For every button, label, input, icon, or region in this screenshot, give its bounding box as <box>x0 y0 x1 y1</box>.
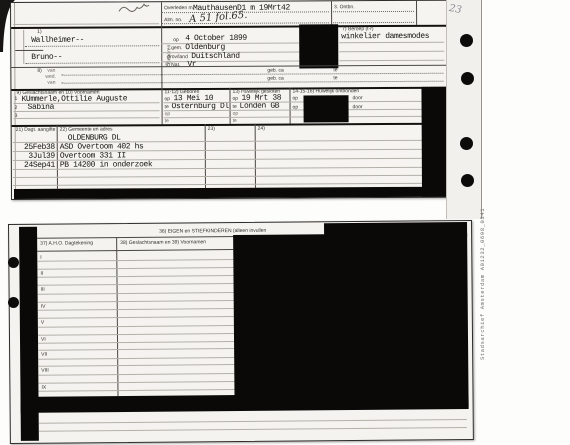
addr-col4-header: 24) <box>258 126 265 132</box>
punch-hole <box>460 34 473 47</box>
surname-value: Wallheimer-- <box>31 36 84 45</box>
scanned-archive-page: Overleden m. MauthausenD1 m 19Mrt42 Alm.… <box>0 0 570 445</box>
registration-card-back: 36) EIGEN en STIEFKINDEREN (alleen invul… <box>8 220 474 444</box>
row1-label: 1) <box>37 29 41 35</box>
scan-shadow-band <box>21 393 469 413</box>
punch-hole <box>461 174 474 187</box>
header-right-label: 3. Ontbn. <box>334 4 355 10</box>
firstname-value: Bruno-- <box>31 53 62 62</box>
pencil-scribble <box>116 3 152 15</box>
admno-label: Alm. no. <box>164 17 182 23</box>
redaction-box-photo <box>299 24 338 68</box>
redaction-box-small <box>303 95 348 122</box>
punch-hole <box>8 297 19 308</box>
nat-value: Vr <box>187 60 196 69</box>
children-section-header: 36) EIGEN en STIEFKINDEREN (alleen invul… <box>159 228 266 235</box>
birth-date-value: 4 October 1899 <box>185 34 247 43</box>
scan-shadow-right <box>421 87 448 197</box>
archive-reference-text: Stadsarchief Amsterdam A01232_0698_0341 <box>479 165 486 360</box>
birth-place-value: Oldenburg <box>185 43 225 52</box>
addr-col1-header: 21) Dagt. aangifte <box>16 127 56 133</box>
punch-hole <box>8 257 19 268</box>
registration-card-front: Overleden m. MauthausenD1 m 19Mrt42 Alm.… <box>10 0 449 200</box>
land-label: prov/land <box>167 54 188 60</box>
punch-hole <box>461 72 474 85</box>
overleden-label: Overleden m. <box>164 5 194 11</box>
addr-col3-header: 23) <box>208 126 215 132</box>
beroep-value: winkelier damesmodes <box>341 32 429 41</box>
parents-num-label: 8) <box>37 68 41 74</box>
birth-country-value: Duitschland <box>191 52 239 61</box>
pencil-number: 23 <box>448 3 462 16</box>
scan-shadow-bottom <box>14 187 447 199</box>
gem-label: gem. <box>171 45 182 51</box>
punch-hole <box>460 137 473 150</box>
children-col1-header: 37) A.H.O. Dagtekening <box>40 240 93 246</box>
spouse-ontbonden-header: 14-15-16) Huwelijk ontbonden <box>292 88 359 94</box>
children-col2-header: 38) Geslachtsnaam en 39) Voornamen <box>120 239 206 246</box>
redaction-box-large <box>233 233 469 409</box>
addr-col2-header: 22) Gemeente en adres <box>60 126 113 132</box>
